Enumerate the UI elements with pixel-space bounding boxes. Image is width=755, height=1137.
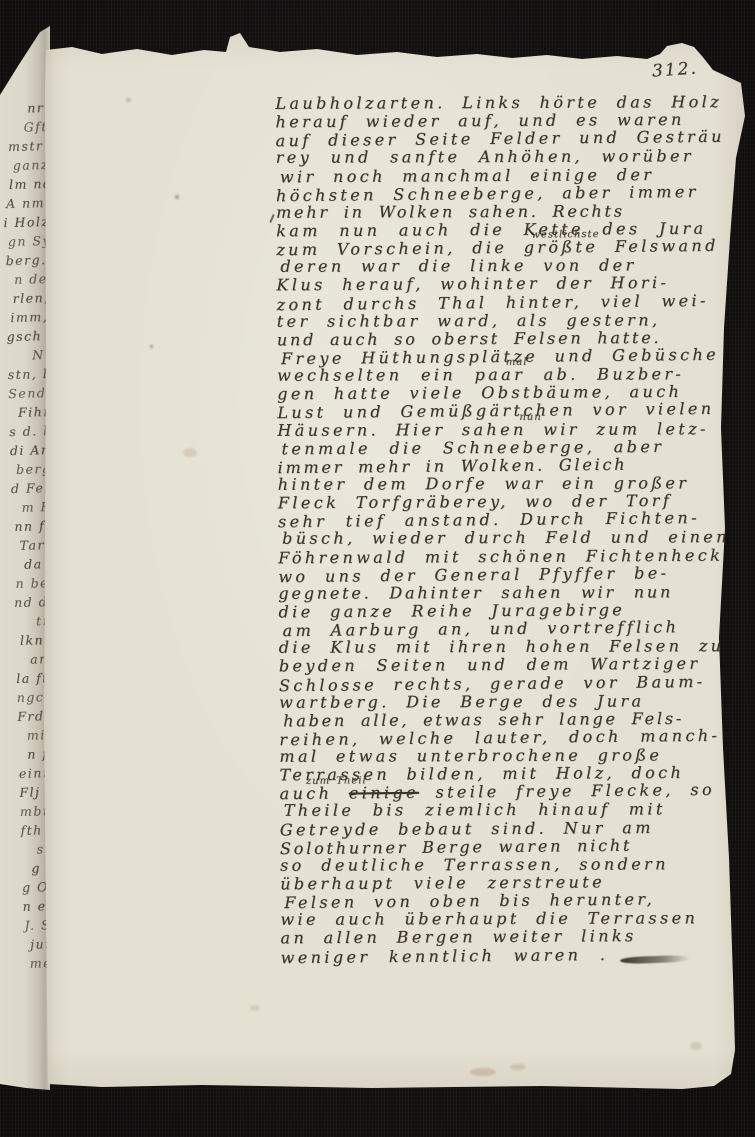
edge-text-fragment: berg.	[4, 250, 47, 270]
foxing-stain	[150, 345, 153, 348]
manuscript-line: Theile bis ziemlich hinauf mit	[284, 801, 720, 821]
edge-text-fragment: mstr	[1, 136, 44, 156]
interlinear-insertion: mal	[506, 358, 528, 368]
foxing-stain	[183, 448, 197, 457]
edge-text-fragment: s d. h	[9, 421, 52, 441]
manuscript-line: so deutliche Terrassen, sondern	[280, 855, 720, 875]
interlinear-insertion: westlichste	[531, 230, 599, 241]
manuscript-line: wie auch überhaupt die Terrassen	[280, 910, 720, 930]
margin-mark	[269, 214, 274, 223]
foxing-stain	[126, 98, 131, 102]
manuscript-page: 312. Laubholzarten. Links hörte das Holz…	[42, 28, 748, 1094]
edge-text-fragment: gsch nd	[6, 326, 51, 346]
foxing-stain	[690, 1042, 702, 1050]
page-number: 312.	[651, 58, 698, 81]
foxing-stain	[510, 1064, 526, 1070]
interlinear-insertion: nun	[519, 412, 541, 422]
interlinear-insertion: zum Theil	[306, 776, 367, 787]
scanned-manuscript: nrGftmstrganzlm ndA nmi Holzgn Syberg.n …	[0, 0, 755, 1137]
foxing-stain	[470, 1068, 496, 1076]
edge-text-fragment: Gft	[1, 117, 49, 137]
edge-text-fragment: rlen,	[5, 288, 50, 308]
foxing-stain	[250, 1005, 260, 1011]
edge-text-fragment: ganz	[2, 155, 50, 175]
edge-text-fragment: A nm	[3, 193, 46, 213]
manuscript-line: gegnete. Dahinter sahen wir nun	[278, 583, 718, 603]
edge-text-fragment: lm nd	[2, 174, 53, 194]
edge-text-fragment: gn Sy	[4, 231, 52, 251]
handwritten-text-block: Laubholzarten. Links hörte das Holzherau…	[275, 93, 720, 966]
edge-text-fragment: imm,	[6, 307, 49, 327]
foxing-stain	[175, 195, 179, 199]
edge-text-fragment: nr	[0, 98, 45, 118]
edge-text-fragment: i Holz	[3, 212, 48, 232]
previous-page-edge: nrGftmstrganzlm ndA nmi Holzgn Syberg.n …	[0, 24, 50, 1094]
